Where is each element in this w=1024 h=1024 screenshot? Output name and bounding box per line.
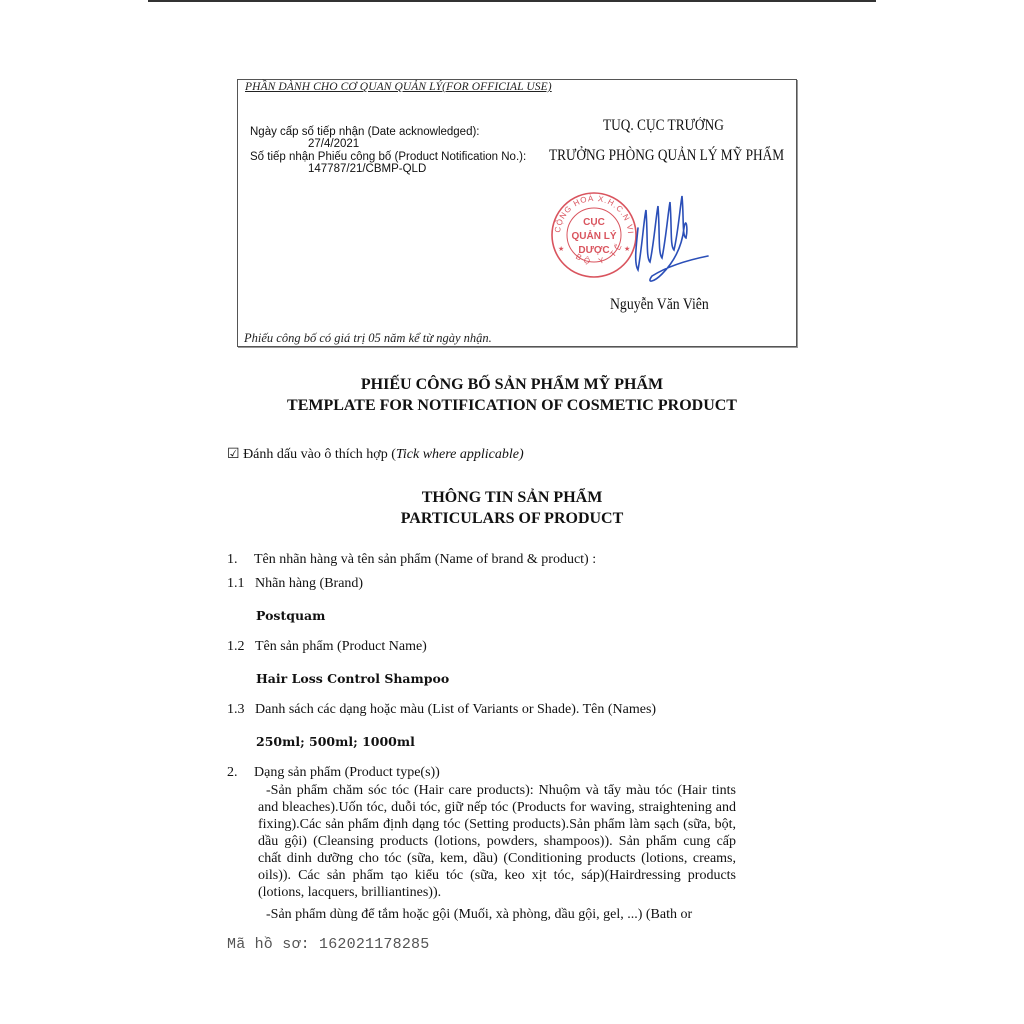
record-id: Mã hồ sơ: 162021178285 <box>227 936 429 953</box>
signatory-title-2: TRƯỞNG PHÒNG QUẢN LÝ MỸ PHẨM <box>549 147 784 165</box>
item-label: Tên sản phẩm (Product Name) <box>255 639 427 655</box>
variants-value: 250ml; 500ml; 1000ml <box>256 734 415 749</box>
section-title-vi: THÔNG TIN SẢN PHẨM <box>0 489 1024 507</box>
product-type-paragraph-2: -Sản phẩm dùng để tắm hoặc gội (Muối, xà… <box>258 906 736 923</box>
svg-text:★: ★ <box>558 245 564 253</box>
date-acknowledged-value: 27/4/2021 <box>308 138 359 151</box>
brand-value: Postquam <box>256 608 325 623</box>
document-title-vi: PHIẾU CÔNG BỐ SẢN PHẨM MỸ PHẨM <box>0 376 1024 394</box>
item-number: 1.2 <box>227 639 245 655</box>
item-number: 1.1 <box>227 576 245 592</box>
item-label: Nhãn hàng (Brand) <box>255 576 363 592</box>
signer-name: Nguyễn Văn Viên <box>610 296 709 314</box>
tick-instruction-en: Tick where applicable) <box>396 447 524 462</box>
document-title-en: TEMPLATE FOR NOTIFICATION OF COSMETIC PR… <box>0 397 1024 415</box>
item-label: Danh sách các dạng hoặc màu (List of Var… <box>255 702 656 718</box>
item-number: 2. <box>227 765 238 781</box>
official-use-heading: PHẦN DÀNH CHO CƠ QUAN QUẢN LÝ(FOR OFFICI… <box>245 81 552 93</box>
item-label: Dạng sản phẩm (Product type(s)) <box>254 765 440 781</box>
item-number: 1.3 <box>227 702 245 718</box>
svg-text:CỤC: CỤC <box>583 217 605 228</box>
product-name-value: Hair Loss Control Shampoo <box>256 671 449 686</box>
item-number: 1. <box>227 552 238 568</box>
product-type-paragraph-1: -Sản phẩm chăm sóc tóc (Hair care produc… <box>258 782 736 901</box>
official-use-box: PHẦN DÀNH CHO CƠ QUAN QUẢN LÝ(FOR OFFICI… <box>237 79 797 347</box>
notification-number-value: 147787/21/CBMP-QLD <box>308 163 426 176</box>
date-acknowledged-label: Ngày cấp số tiếp nhận (Date acknowledged… <box>250 126 480 139</box>
svg-text:DƯỢC: DƯỢC <box>578 245 609 256</box>
tick-instruction-vi: Đánh dấu vào ô thích hợp ( <box>243 447 396 462</box>
validity-note: Phiếu công bố có giá trị 05 năm kể từ ng… <box>244 331 492 346</box>
official-stamp-icon: CỘNG HOÀ X.H.C.N VIỆT NAM BỘ Y TẾ CỤC QU… <box>548 183 640 283</box>
tick-instruction: ☑ Đánh dấu vào ô thích hợp (Tick where a… <box>227 446 524 463</box>
section-title-en: PARTICULARS OF PRODUCT <box>0 510 1024 528</box>
signatory-title-1: TUQ. CỤC TRƯỞNG <box>603 117 724 135</box>
top-border-rule <box>148 0 876 2</box>
signature-icon <box>628 188 718 288</box>
item-label: Tên nhãn hàng và tên sản phẩm (Name of b… <box>254 552 596 568</box>
svg-text:QUẢN LÝ: QUẢN LÝ <box>572 229 617 242</box>
checkbox-checked-icon: ☑ <box>227 447 240 462</box>
